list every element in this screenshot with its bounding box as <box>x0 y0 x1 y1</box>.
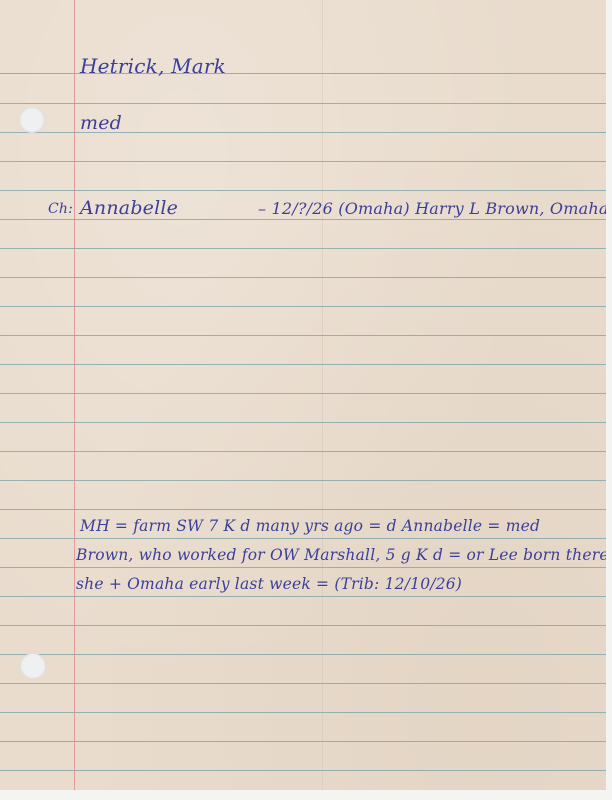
ruled-line <box>0 306 606 307</box>
ruled-line <box>0 509 606 510</box>
note-line: MH = farm SW 7 K d many yrs ago = d Anna… <box>80 517 540 535</box>
punch-hole-bottom <box>20 653 46 679</box>
ruled-line <box>0 596 606 597</box>
children-label: Ch: <box>48 201 73 217</box>
notebook-page: Hetrick, Mark med Ch: Annabelle – 12/?/2… <box>0 0 606 790</box>
ruled-line <box>0 422 606 423</box>
child-marriage-detail: – 12/?/26 (Omaha) Harry L Brown, Omaha <box>258 199 606 218</box>
ruled-line <box>0 538 606 539</box>
margin-red-rule <box>74 0 75 790</box>
ruled-line <box>0 480 606 481</box>
ruled-line <box>0 190 606 191</box>
paper-fold-crease <box>322 0 323 790</box>
note-line: she + Omaha early last week = (Trib: 12/… <box>76 575 462 593</box>
ruled-line <box>0 683 606 684</box>
ruled-line <box>0 625 606 626</box>
child-name: Annabelle <box>80 197 178 219</box>
ruled-line <box>0 712 606 713</box>
ruled-line <box>0 741 606 742</box>
ruled-line <box>0 364 606 365</box>
marital-status: med <box>80 112 122 134</box>
punch-hole-top <box>19 107 45 133</box>
ruled-line <box>0 161 606 162</box>
ruled-line <box>0 248 606 249</box>
ruled-line <box>0 103 606 104</box>
ruled-line <box>0 451 606 452</box>
ruled-line <box>0 567 606 568</box>
ruled-line <box>0 770 606 771</box>
ruled-line <box>0 393 606 394</box>
person-name-heading: Hetrick, Mark <box>80 54 226 78</box>
ruled-line <box>0 654 606 655</box>
ruled-line <box>0 335 606 336</box>
ruled-line <box>0 277 606 278</box>
note-line: Brown, who worked for OW Marshall, 5 g K… <box>76 546 606 564</box>
ruled-line <box>0 219 606 220</box>
